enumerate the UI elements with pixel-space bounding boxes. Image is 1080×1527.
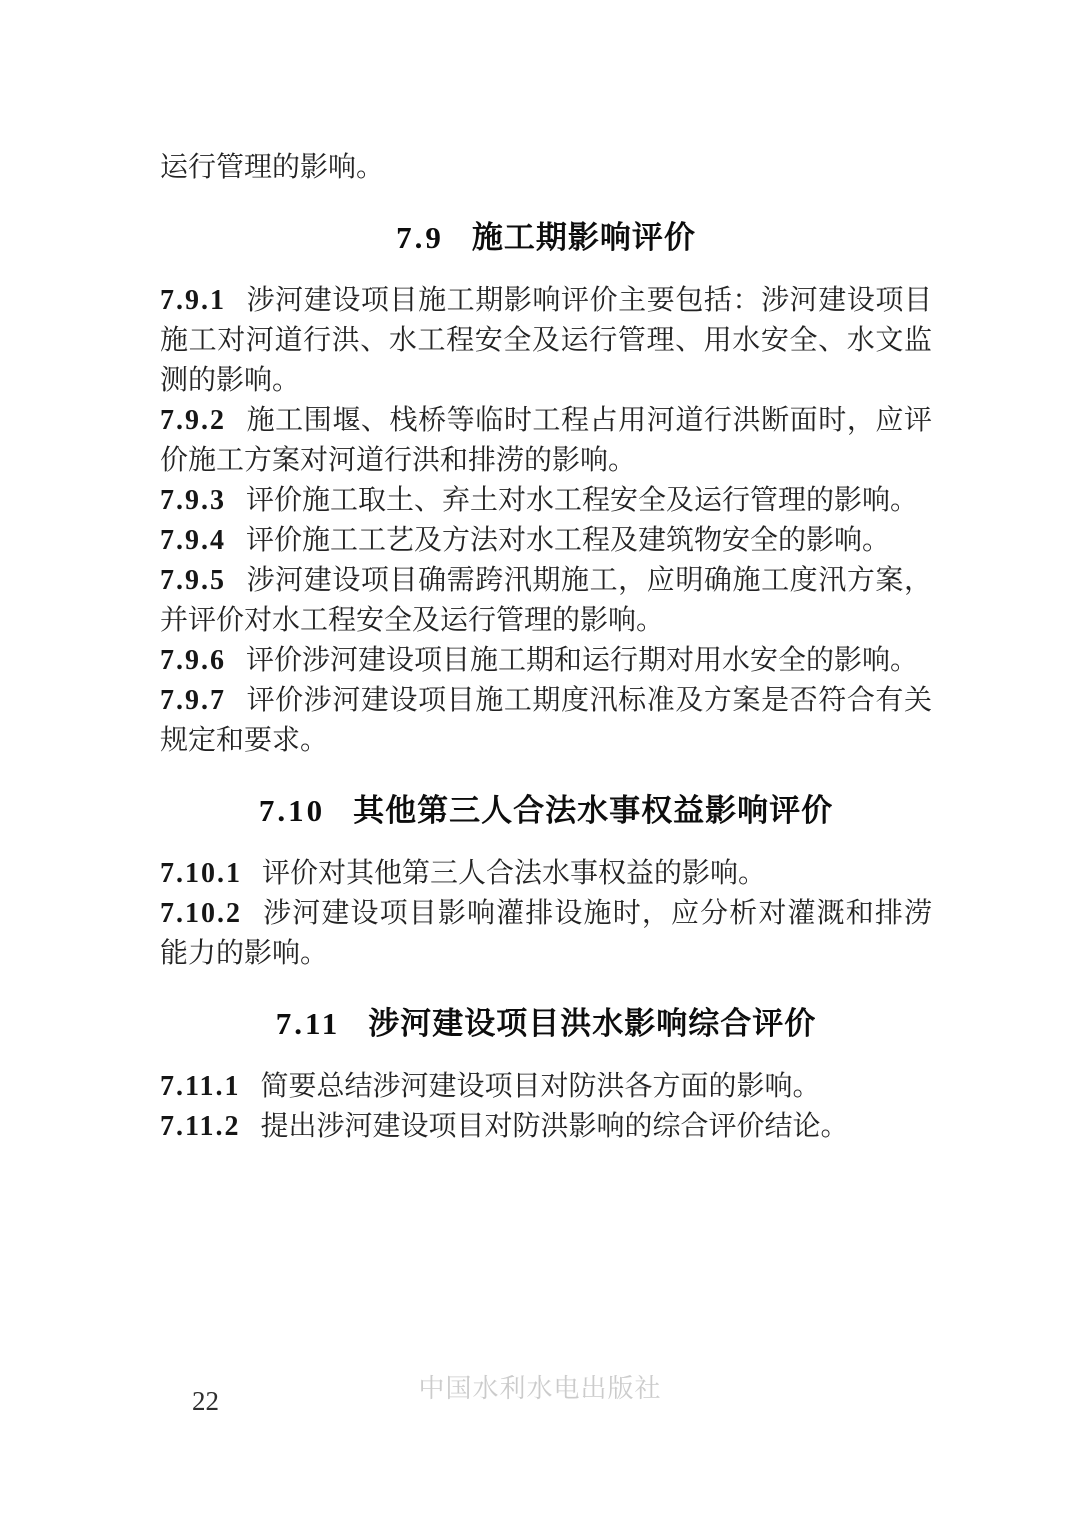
clause-text: 评价涉河建设项目施工期度汛标准及方案是否符合有关规定和要求。 (160, 685, 932, 756)
clause-number: 7.9.3 (160, 485, 226, 516)
clause-number: 7.9.6 (160, 645, 226, 676)
clause-7-9-3: 7.9.3评价施工取土、弃土对水工程安全及运行管理的影响。 (160, 481, 932, 521)
section-title: 其他第三人合法水事权益影响评价 (353, 793, 833, 828)
clause-7-9-6: 7.9.6评价涉河建设项目施工期和运行期对用水安全的影响。 (160, 641, 932, 681)
page-number: 22 (192, 1386, 219, 1417)
clause-number: 7.9.4 (160, 525, 226, 556)
clause-7-10-1: 7.10.1评价对其他第三人合法水事权益的影响。 (160, 854, 932, 894)
clause-text: 简要总结涉河建设项目对防洪各方面的影响。 (260, 1071, 820, 1102)
section-title: 涉河建设项目洪水影响综合评价 (368, 1006, 816, 1041)
clause-number: 7.10.2 (160, 898, 242, 929)
clause-number: 7.9.7 (160, 685, 226, 716)
document-page: 运行管理的影响。 7.9施工期影响评价 7.9.1涉河建设项目施工期影响评价主要… (0, 0, 1080, 1527)
section-heading-7-11: 7.11涉河建设项目洪水影响综合评价 (160, 1002, 932, 1049)
clause-7-10-2: 7.10.2涉河建设项目影响灌排设施时，应分析对灌溉和排涝能力的影响。 (160, 894, 932, 974)
clause-text: 涉河建设项目施工期影响评价主要包括：涉河建设项目施工对河道行洪、水工程安全及运行… (160, 285, 932, 396)
clause-number: 7.9.5 (160, 565, 226, 596)
clause-text: 提出涉河建设项目对防洪影响的综合评价结论。 (260, 1111, 848, 1142)
section-title: 施工期影响评价 (472, 220, 696, 255)
clause-7-9-7: 7.9.7评价涉河建设项目施工期度汛标准及方案是否符合有关规定和要求。 (160, 681, 932, 761)
clause-number: 7.11.2 (160, 1111, 240, 1142)
clause-number: 7.9.1 (160, 285, 226, 316)
clause-number: 7.10.1 (160, 858, 242, 889)
clause-text: 评价施工工艺及方法对水工程及建筑物安全的影响。 (246, 525, 890, 556)
section-heading-7-10: 7.10其他第三人合法水事权益影响评价 (160, 789, 932, 836)
section-number: 7.10 (259, 793, 325, 828)
clause-number: 7.11.1 (160, 1071, 240, 1102)
clause-text: 评价施工取土、弃土对水工程安全及运行管理的影响。 (246, 485, 918, 516)
section-number: 7.9 (396, 220, 444, 255)
clause-number: 7.9.2 (160, 405, 226, 436)
clause-text: 评价涉河建设项目施工期和运行期对用水安全的影响。 (246, 645, 918, 676)
clause-text: 评价对其他第三人合法水事权益的影响。 (262, 858, 766, 889)
clause-text: 涉河建设项目影响灌排设施时，应分析对灌溉和排涝能力的影响。 (160, 898, 932, 969)
page-content: 运行管理的影响。 7.9施工期影响评价 7.9.1涉河建设项目施工期影响评价主要… (160, 148, 932, 1147)
section-number: 7.11 (276, 1006, 341, 1041)
publisher-watermark: 中国水利水电出版社 (0, 1368, 1080, 1405)
clause-7-9-4: 7.9.4评价施工工艺及方法对水工程及建筑物安全的影响。 (160, 521, 932, 561)
clause-7-9-1: 7.9.1涉河建设项目施工期影响评价主要包括：涉河建设项目施工对河道行洪、水工程… (160, 281, 932, 401)
continuation-paragraph: 运行管理的影响。 (160, 148, 932, 188)
clause-7-11-2: 7.11.2提出涉河建设项目对防洪影响的综合评价结论。 (160, 1107, 932, 1147)
clause-7-9-2: 7.9.2施工围堰、栈桥等临时工程占用河道行洪断面时，应评价施工方案对河道行洪和… (160, 401, 932, 481)
clause-7-11-1: 7.11.1简要总结涉河建设项目对防洪各方面的影响。 (160, 1067, 932, 1107)
clause-7-9-5: 7.9.5涉河建设项目确需跨汛期施工，应明确施工度汛方案，并评价对水工程安全及运… (160, 561, 932, 641)
section-heading-7-9: 7.9施工期影响评价 (160, 216, 932, 263)
clause-text: 涉河建设项目确需跨汛期施工，应明确施工度汛方案，并评价对水工程安全及运行管理的影… (160, 565, 932, 636)
clause-text: 施工围堰、栈桥等临时工程占用河道行洪断面时，应评价施工方案对河道行洪和排涝的影响… (160, 405, 932, 476)
